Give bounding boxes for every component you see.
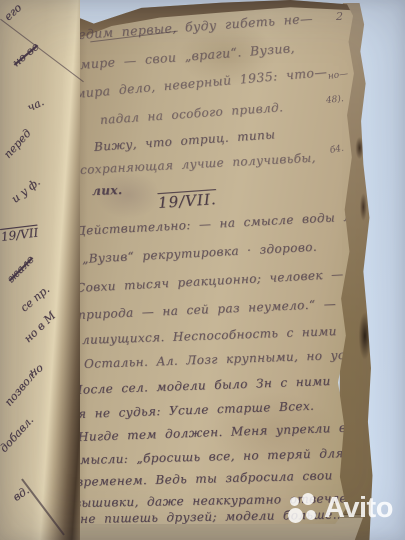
handwriting-line: Остальн. Ал. Лозг крупными, но усель xyxy=(84,347,368,371)
diary-right-page: 2 едим первые, буду гибеть не— мире — св… xyxy=(58,0,356,524)
left-page-fragment: но ве xyxy=(10,40,42,69)
left-page-fragment: и у ф. xyxy=(9,175,43,205)
left-page-fragment: ча. xyxy=(25,95,46,114)
edge-fragment: 48). xyxy=(325,94,344,106)
left-page-fragment: но в М xyxy=(21,309,58,345)
handwriting-line: мире — свои „враги“. Вузив, xyxy=(79,40,295,72)
handwriting-line: лих. xyxy=(92,183,123,198)
handwriting-line: падал на особого привлд. xyxy=(100,100,284,127)
strikethrough-line xyxy=(0,19,84,82)
diary-date-heading: 19/VII. xyxy=(157,190,217,212)
left-page-fragment: жале xyxy=(4,253,36,285)
handwriting-line: едим первые, буду гибеть не— xyxy=(77,11,313,42)
avito-wordmark: Avito xyxy=(324,492,393,525)
left-page-fragment: позвол. xyxy=(2,367,40,408)
diary-left-page: его но ве ча. перед и у ф. 19/VII жале с… xyxy=(0,0,80,540)
handwriting-line: временем. Ведь ты забросила свои xyxy=(76,468,333,489)
left-page-fragment: его xyxy=(2,1,25,23)
handwriting-line: Действительно: — на смысле воды мои xyxy=(76,209,370,238)
handwriting-line: я не судья: Усиле старше Всех. xyxy=(78,399,315,421)
avito-watermark: Avito xyxy=(288,492,393,525)
handwriting-line: Нигде тем должен. Меня упрекли в xyxy=(78,421,347,444)
avito-logo-icon xyxy=(288,492,321,525)
photo-of-handwritten-diary: 2 едим первые, буду гибеть не— мире — св… xyxy=(0,0,405,540)
pen-stroke xyxy=(21,478,65,535)
handwriting-line: „Вузив“ рекрутировка · здорово. xyxy=(82,240,318,266)
handwriting-line: сохраняющая лучше получивьбы, xyxy=(80,151,316,177)
left-page-date-fragment: 19/VII xyxy=(0,225,39,243)
left-page-fragment: перед xyxy=(1,127,33,161)
handwriting-line: Вижу, что отриц. типы xyxy=(94,127,276,154)
left-page-fragment: добавл. xyxy=(0,414,36,455)
corner-mark: 2 xyxy=(336,10,343,23)
handwriting-line: мысли: „бросишь все, но теряй для xyxy=(80,446,344,467)
handwriting-line: мира дело, неверный 1935: что— xyxy=(74,64,327,101)
